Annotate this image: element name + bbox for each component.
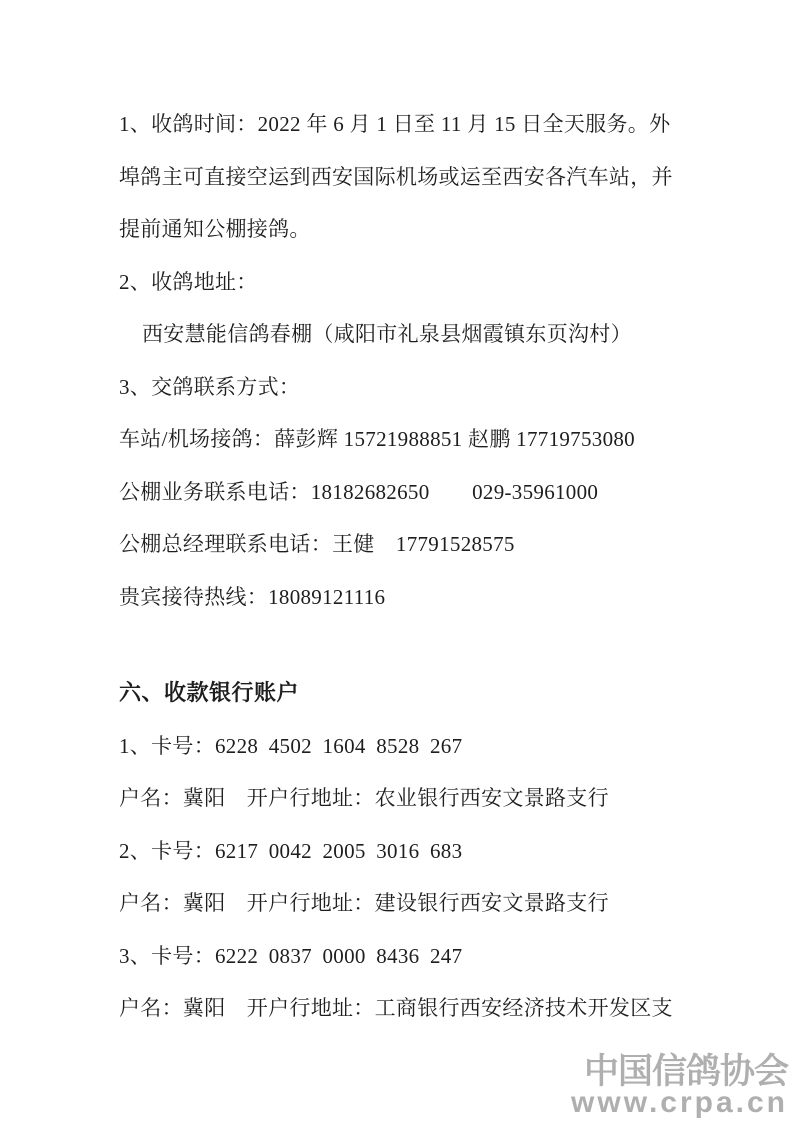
contact-loft-business-phone: 公棚业务联系电话：18182682650 029-35961000 xyxy=(119,466,684,519)
contact-station-airport-pickup: 车站/机场接鸽：薛彭辉 15721988851 赵鹏 17719753080 xyxy=(119,413,684,466)
collection-time-line-2: 埠鸽主可直接空运到西安国际机场或运至西安各汽车站，并 xyxy=(119,151,684,204)
contact-section-label: 3、交鸽联系方式： xyxy=(119,361,684,414)
contact-vip-hotline: 贵宾接待热线：18089121116 xyxy=(119,571,684,624)
bank-account-1-card-no: 1、卡号：6228 4502 1604 8528 267 xyxy=(119,720,684,773)
crpa-watermark: 中国信鸽协会 www.crpa.cn xyxy=(571,1053,788,1115)
bank-account-3-card-no: 3、卡号：6222 0837 0000 8436 247 xyxy=(119,930,684,983)
contact-general-manager-phone: 公棚总经理联系电话：王健 17791528575 xyxy=(119,518,684,571)
collection-address-label: 2、收鸽地址： xyxy=(119,256,684,309)
document-body: 1、收鸽时间：2022 年 6 月 1 日至 11 月 15 日全天服务。外 埠… xyxy=(119,98,684,1035)
bank-accounts-heading: 六、收款银行账户 xyxy=(119,667,684,720)
bank-account-1-holder: 户名：冀阳 开户行地址：农业银行西安文景路支行 xyxy=(119,772,684,825)
document-page: 1、收鸽时间：2022 年 6 月 1 日至 11 月 15 日全天服务。外 埠… xyxy=(0,0,794,1123)
bank-account-2-holder: 户名：冀阳 开户行地址：建设银行西安文景路支行 xyxy=(119,877,684,930)
collection-time-line-1: 1、收鸽时间：2022 年 6 月 1 日至 11 月 15 日全天服务。外 xyxy=(119,98,684,151)
crpa-watermark-url: www.crpa.cn xyxy=(571,1091,788,1115)
bank-account-2-card-no: 2、卡号：6217 0042 2005 3016 683 xyxy=(119,825,684,878)
bank-account-3-holder: 户名：冀阳 开户行地址：工商银行西安经济技术开发区支 xyxy=(119,982,684,1035)
collection-time-line-3: 提前通知公棚接鸽。 xyxy=(119,203,684,256)
collection-address-value: 西安慧能信鸽春棚（咸阳市礼泉县烟霞镇东页沟村） xyxy=(119,308,684,361)
section-spacer xyxy=(119,623,684,667)
